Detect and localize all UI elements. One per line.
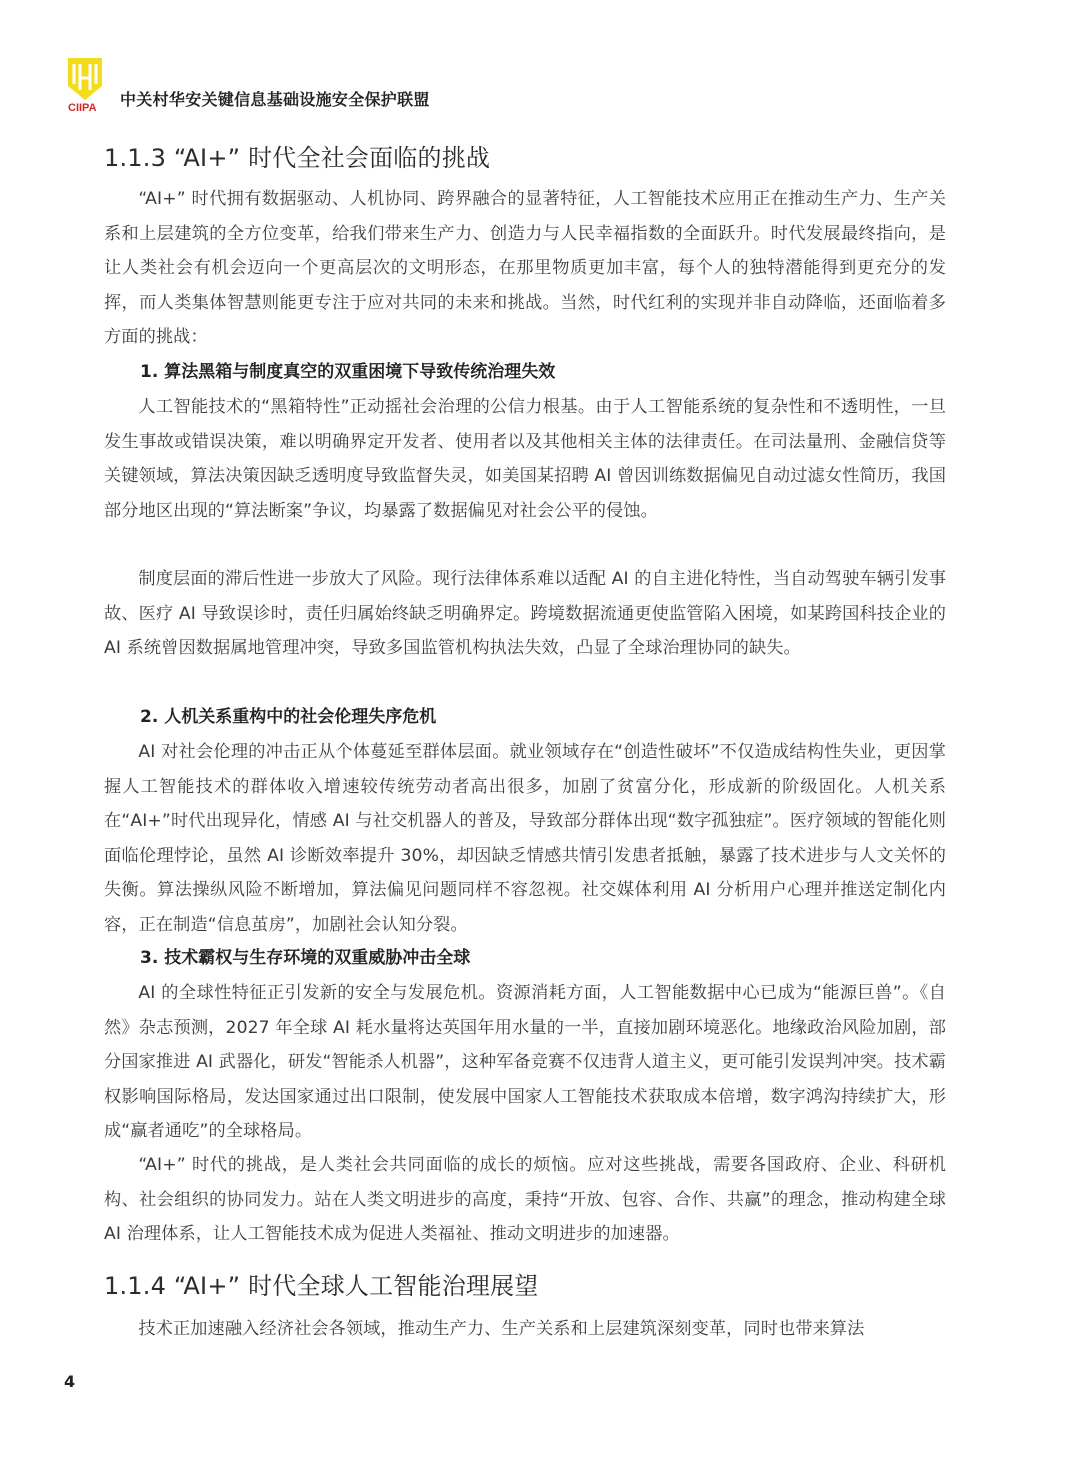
paragraph-institutional-lag: 制度层面的滞后性进一步放大了风险。现行法律体系难以适配 AI 的自主进化特性，当…	[104, 562, 946, 666]
section-intro-paragraph: “AI+” 时代拥有数据驱动、人机协同、跨界融合的显著特征，人工智能技术应用正在…	[104, 182, 946, 355]
ciipa-logo: CIIPA	[66, 56, 104, 114]
page-header: CIIPA 中关村华安关键信息基础设施安全保护联盟	[66, 54, 430, 114]
section-title-1-1-3: 1.1.3 “AI+” 时代全社会面临的挑战	[104, 138, 490, 178]
section-1-1-4-intro: 技术正加速融入经济社会各领域，推动生产力、生产关系和上层建筑深刻变革，同时也带来…	[104, 1312, 946, 1347]
logo-text: CIIPA	[68, 102, 97, 114]
subsection-heading-2: 2. 人机关系重构中的社会伦理失序危机	[140, 700, 436, 734]
shield-logo-icon	[66, 56, 104, 102]
paragraph-tech-hegemony: AI 的全球性特征正引发新的安全与发展危机。资源消耗方面，人工智能数据中心已成为…	[104, 976, 946, 1149]
paragraph-social-ethics: AI 对社会伦理的冲击正从个体蔓延至群体层面。就业领域存在“创造性破坏”不仅造成…	[104, 735, 946, 942]
subsection-heading-1: 1. 算法黑箱与制度真空的双重困境下导致传统治理失效	[140, 355, 555, 389]
page-number: 4	[64, 1372, 75, 1391]
section-title-1-1-4: 1.1.4 “AI+” 时代全球人工智能治理展望	[104, 1266, 539, 1306]
paragraph-conclusion: “AI+” 时代的挑战，是人类社会共同面临的成长的烦恼。应对这些挑战，需要各国政…	[104, 1148, 946, 1252]
subsection-heading-3: 3. 技术霸权与生存环境的双重威胁冲击全球	[140, 941, 470, 975]
organization-name: 中关村华安关键信息基础设施安全保护联盟	[120, 87, 430, 110]
paragraph-black-box: 人工智能技术的“黑箱特性”正动摇社会治理的公信力根基。由于人工智能系统的复杂性和…	[104, 390, 946, 528]
